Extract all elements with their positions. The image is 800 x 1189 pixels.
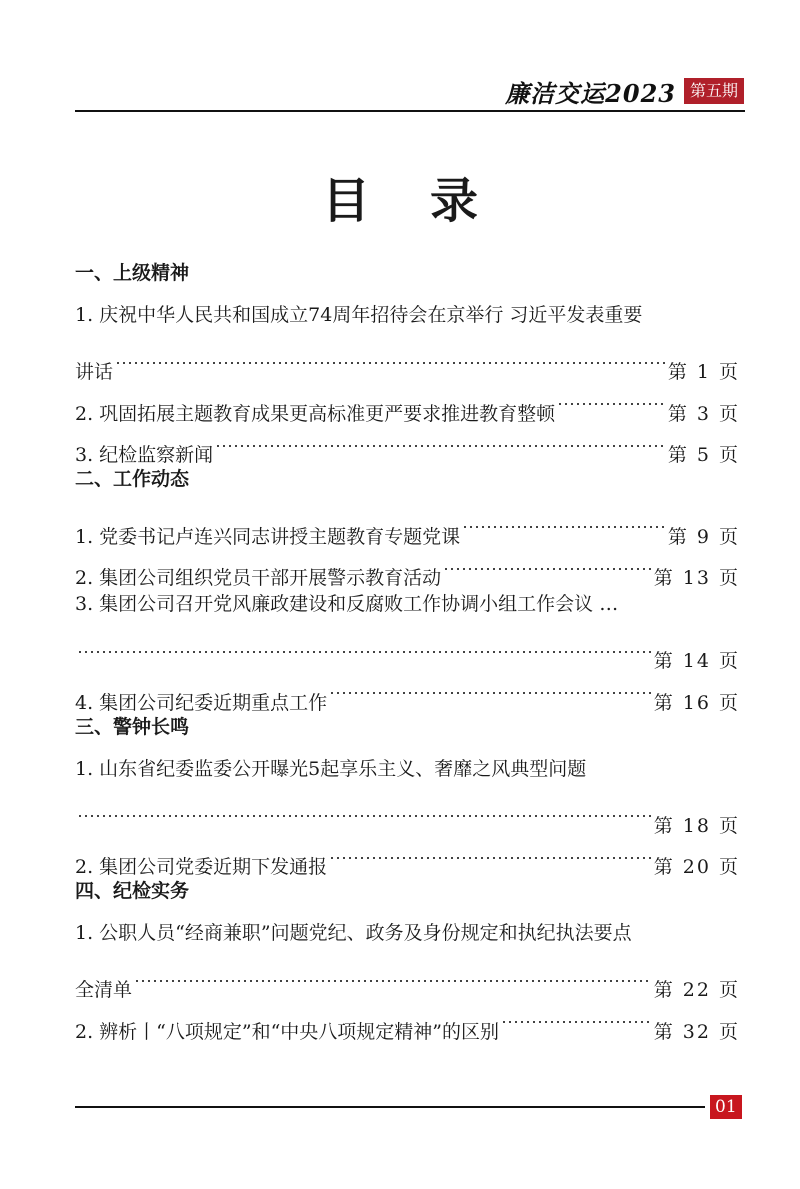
toc-entry-line: 第 18 页 [75, 790, 740, 832]
toc-page-ref: 第 16 页 [654, 683, 740, 725]
toc-entry-line: 讲话第 1 页 [75, 337, 740, 379]
toc-entry-title: 讲话 [75, 352, 113, 394]
toc-page-ref: 第 3 页 [668, 394, 740, 436]
toc-page-ref: 第 9 页 [668, 517, 740, 559]
toc-entry[interactable]: 2. 集团公司党委近期下发通报第 20 页 [75, 832, 740, 874]
toc-page-ref: 第 22 页 [654, 970, 740, 1012]
dot-leader [329, 832, 652, 874]
toc-page-ref: 第 18 页 [654, 806, 740, 848]
page-title: 目录 [0, 162, 800, 231]
dot-leader [557, 378, 666, 420]
toc-entry-title: 全清单 [75, 970, 132, 1012]
section-heading: 三、警钟长鸣 [75, 709, 740, 749]
table-of-contents: 一、上级精神1. 庆祝中华人民共和国成立74周年招待会在京举行 习近平发表重要讲… [75, 255, 740, 1038]
header-divider [75, 110, 745, 112]
toc-entry[interactable]: 3. 集团公司召开党风廉政建设和反腐败工作协调小组工作会议 …第 14 页 [75, 584, 740, 667]
toc-entry-title: 1. 公职人员“经商兼职”问题党纪、政务及身份规定和执纪执法要点 [75, 913, 632, 955]
toc-page-ref: 第 5 页 [668, 435, 740, 477]
section-heading: 四、纪检实务 [75, 873, 740, 913]
dot-leader [215, 420, 666, 462]
toc-page-ref: 第 32 页 [654, 1012, 740, 1054]
toc-entry-line: 3. 集团公司召开党风廉政建设和反腐败工作协调小组工作会议 … [75, 584, 740, 626]
toc-entry-line: 2. 集团公司党委近期下发通报第 20 页 [75, 832, 740, 874]
dot-leader [443, 543, 652, 585]
toc-entry-line: 4. 集团公司纪委近期重点工作第 16 页 [75, 667, 740, 709]
toc-page-ref: 第 14 页 [654, 641, 740, 683]
dot-leader [501, 996, 652, 1038]
toc-entry-title: 2. 辨析丨“八项规定”和“中央八项规定精神”的区别 [75, 1012, 499, 1054]
toc-entry-line: 2. 巩固拓展主题教育成果更高标准更严要求推进教育整顿第 3 页 [75, 378, 740, 420]
dot-leader [77, 626, 652, 668]
publication-name: 廉洁交运2023 [505, 74, 676, 109]
toc-entry-title: 1. 山东省纪委监委公开曝光5起享乐主义、奢靡之风典型问题 [75, 749, 586, 791]
dot-leader [115, 337, 666, 379]
toc-entry-line: 全清单第 22 页 [75, 955, 740, 997]
toc-entry[interactable]: 1. 山东省纪委监委公开曝光5起享乐主义、奢靡之风典型问题第 18 页 [75, 749, 740, 832]
toc-entry-line: 1. 党委书记卢连兴同志讲授主题教育专题党课第 9 页 [75, 501, 740, 543]
toc-entry-title: 1. 党委书记卢连兴同志讲授主题教育专题党课 [75, 517, 460, 559]
toc-entry-line: 2. 辨析丨“八项规定”和“中央八项规定精神”的区别第 32 页 [75, 996, 740, 1038]
dot-leader [134, 955, 652, 997]
toc-entry[interactable]: 1. 公职人员“经商兼职”问题党纪、政务及身份规定和执纪执法要点全清单第 22 … [75, 913, 740, 996]
toc-entry[interactable]: 4. 集团公司纪委近期重点工作第 16 页 [75, 667, 740, 709]
toc-page-ref: 第 1 页 [668, 352, 740, 394]
page-number-badge: 01 [710, 1095, 742, 1119]
section-heading: 一、上级精神 [75, 255, 740, 295]
toc-entry-title: 1. 庆祝中华人民共和国成立74周年招待会在京举行 习近平发表重要 [75, 295, 642, 337]
toc-entry[interactable]: 2. 辨析丨“八项规定”和“中央八项规定精神”的区别第 32 页 [75, 996, 740, 1038]
toc-entry-line: 1. 山东省纪委监委公开曝光5起享乐主义、奢靡之风典型问题 [75, 749, 740, 791]
toc-entry-line: 第 14 页 [75, 626, 740, 668]
running-header: 廉洁交运2023 第五期 [505, 76, 744, 106]
toc-entry[interactable]: 1. 庆祝中华人民共和国成立74周年招待会在京举行 习近平发表重要讲话第 1 页 [75, 295, 740, 378]
toc-page-ref: 第 20 页 [654, 847, 740, 889]
toc-entry[interactable]: 1. 党委书记卢连兴同志讲授主题教育专题党课第 9 页 [75, 501, 740, 543]
footer-divider [75, 1106, 705, 1108]
toc-entry[interactable]: 2. 巩固拓展主题教育成果更高标准更严要求推进教育整顿第 3 页 [75, 378, 740, 420]
dot-leader [77, 790, 652, 832]
toc-entry-line: 1. 庆祝中华人民共和国成立74周年招待会在京举行 习近平发表重要 [75, 295, 740, 337]
dot-leader [329, 667, 652, 709]
section-heading: 二、工作动态 [75, 461, 740, 501]
issue-badge: 第五期 [684, 78, 744, 104]
toc-entry-title: 3. 集团公司召开党风廉政建设和反腐败工作协调小组工作会议 … [75, 584, 618, 626]
toc-page-ref: 第 13 页 [654, 558, 740, 600]
toc-entry-line: 1. 公职人员“经商兼职”问题党纪、政务及身份规定和执纪执法要点 [75, 913, 740, 955]
dot-leader [462, 501, 666, 543]
